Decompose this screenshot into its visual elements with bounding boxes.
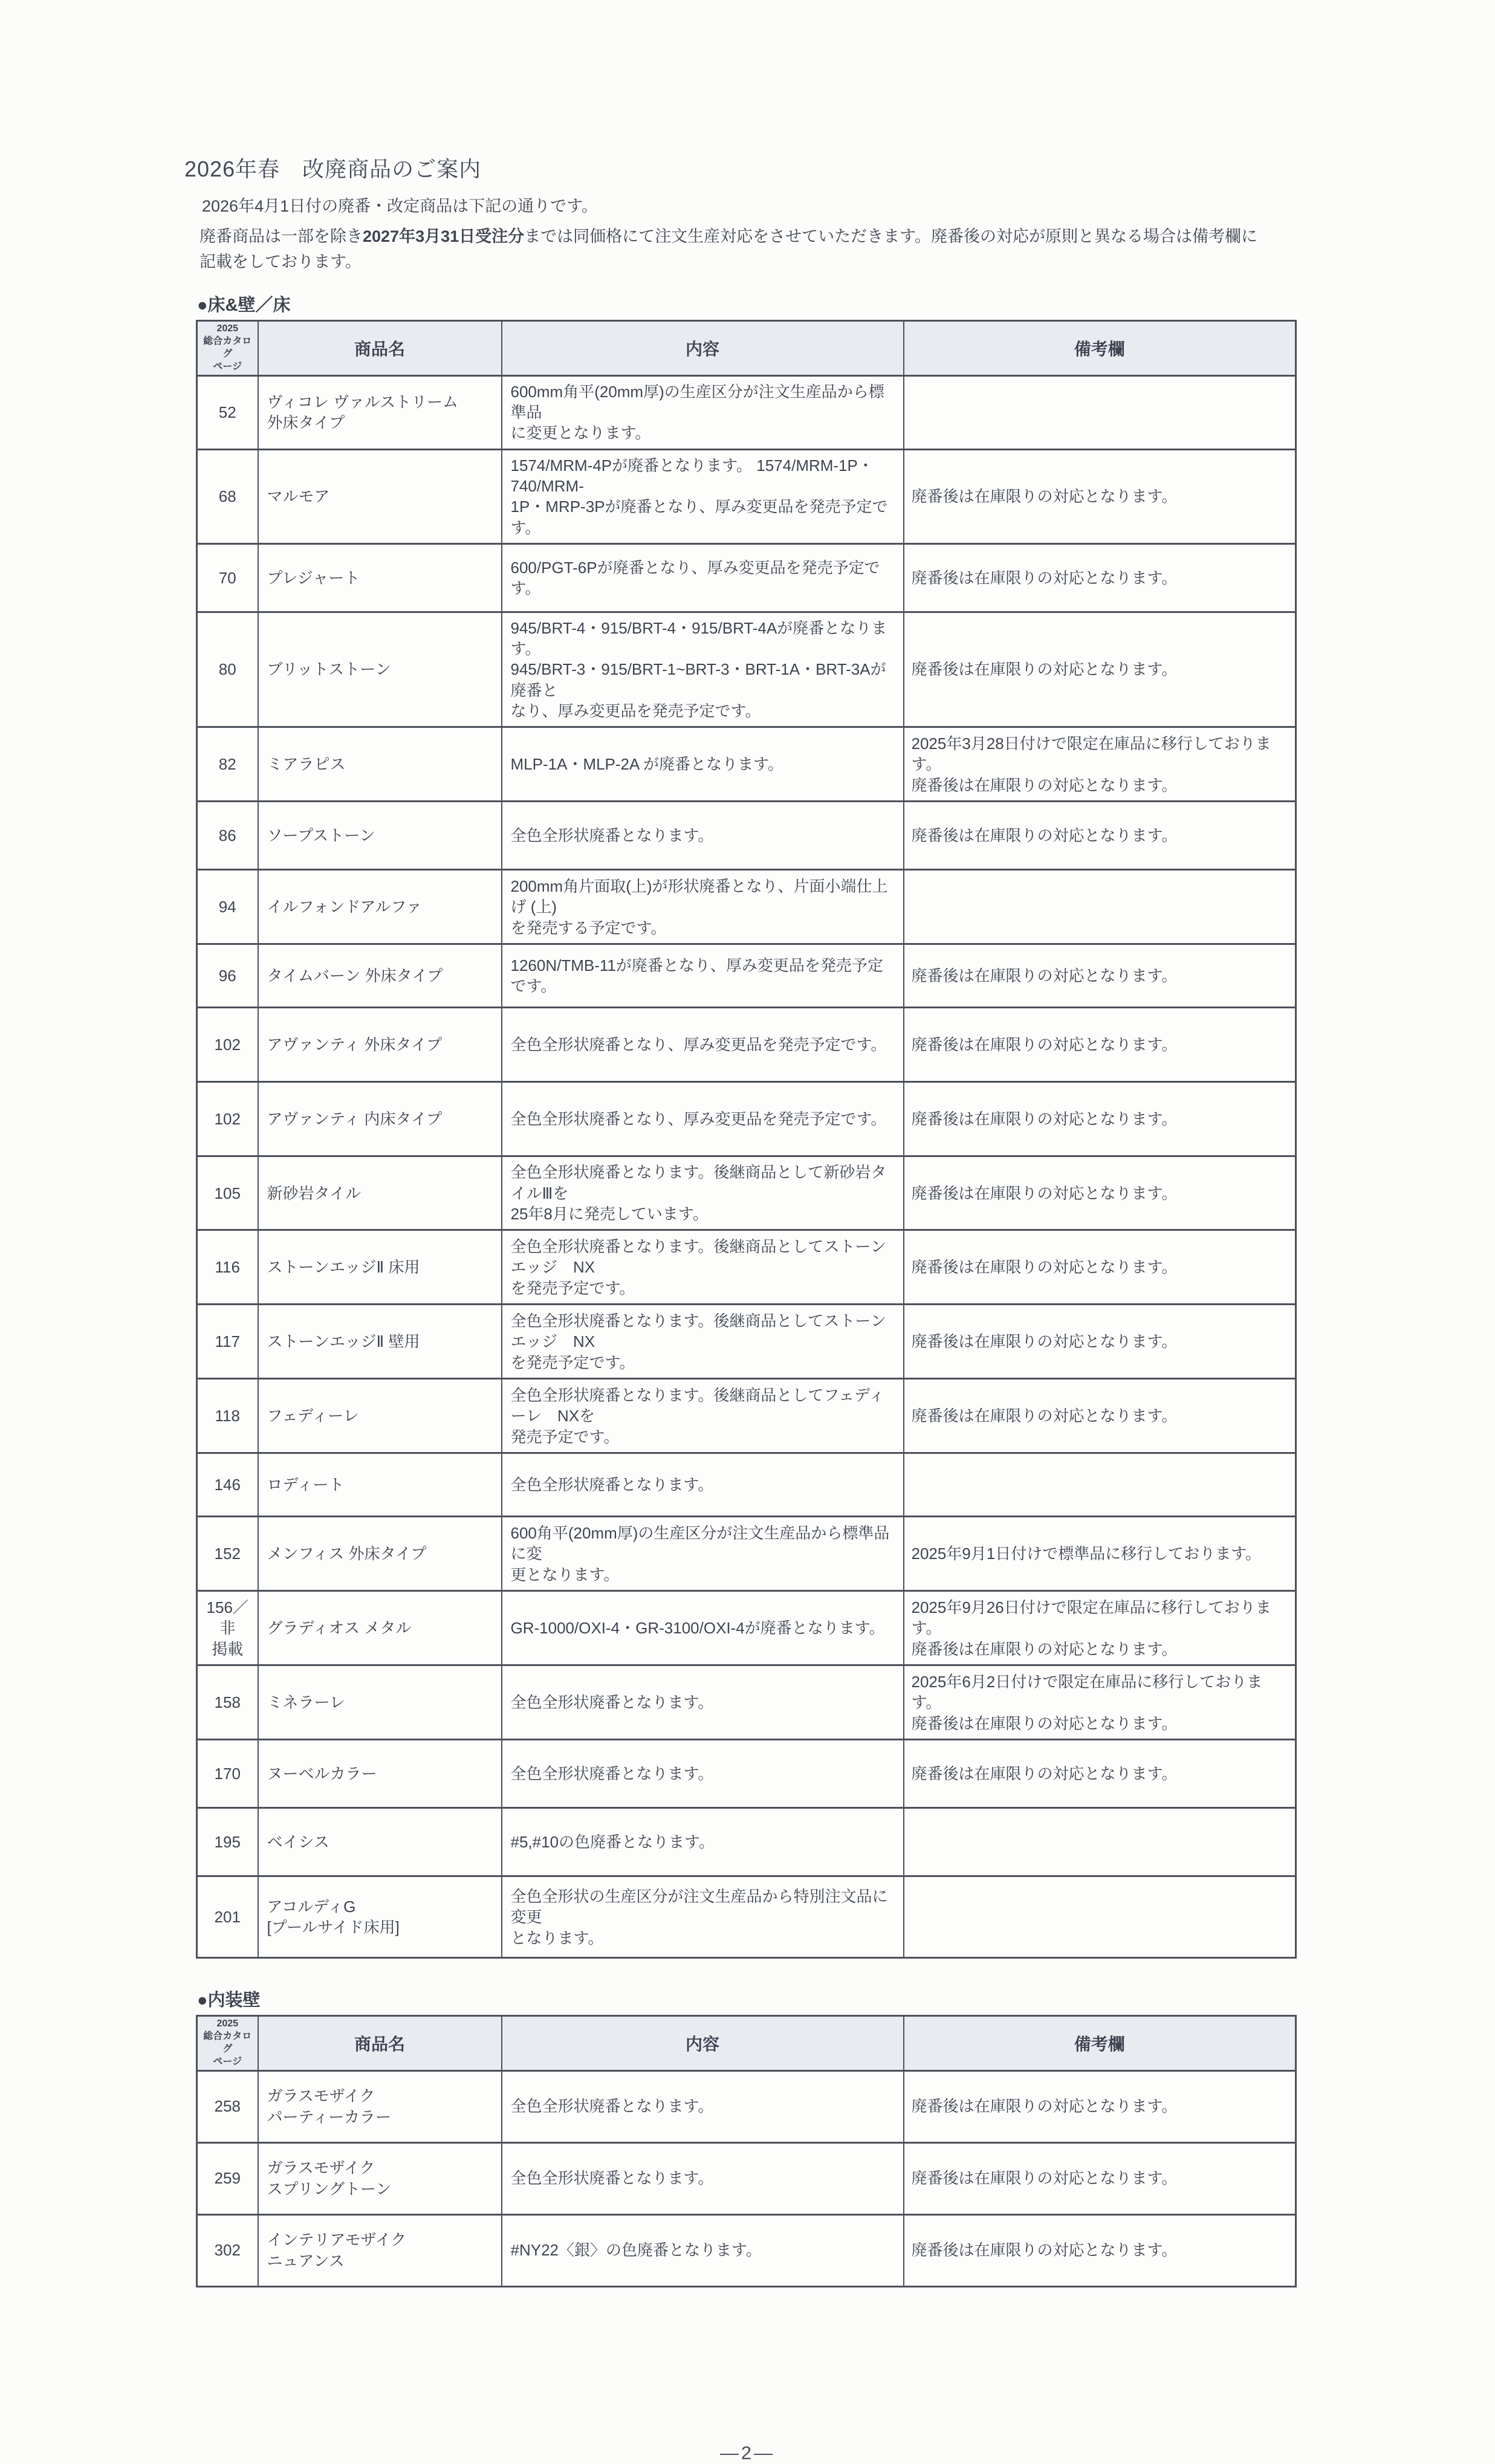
table-row: 170 ヌーベルカラー 全色全形状廃番となります。 廃番後は在庫限りの対応となり… [197,1740,1296,1808]
table-row: 68 マルモア 1574/MRM-4Pが廃番となります。 1574/MRM-1P… [197,449,1296,543]
table-row: 52 ヴィコレ ヴァルストリーム 外床タイプ 600mm角平(20mm厚)の生産… [197,375,1296,449]
product-name-cell: ロディート [258,1453,502,1517]
content-cell: 全色全形状廃番となります。後継商品としてストーンエッジ NX を発売予定です。 [502,1305,904,1379]
content-cell: 全色全形状廃番となります。 [502,2142,904,2214]
content-cell: 全色全形状廃番となり、厚み変更品を発売予定です。 [502,1082,904,1156]
catalog-page-cell: 116 [197,1230,258,1305]
intro-text-continued: までは同価格にて注文生産対応をさせていただきます。廃番後の対応が原則と異なる場合… [524,227,1257,245]
intro-paragraph-1: 2026年4月1日付の廃番・改定商品は下記の通りです。 [202,195,1495,218]
product-name-cell: アコルディG [プールサイド床用] [258,1876,502,1958]
document-page: 2026年春 改廃商品のご案内 2026年4月1日付の廃番・改定商品は下記の通り… [0,0,1495,2464]
remarks-cell: 廃番後は在庫限りの対応となります。 [904,802,1296,870]
content-cell: 600mm角平(20mm厚)の生産区分が注文生産品から標準品 に変更となります。 [502,375,904,449]
content-cell: #NY22〈銀〉の色廃番となります。 [502,2214,904,2286]
col-header-catalog-page: 2025 総合カタログ ページ [197,2016,258,2070]
content-cell: #5,#10の色廃番となります。 [502,1808,904,1876]
product-name-cell: ブリットストーン [258,612,502,727]
catalog-page-cell: 152 [197,1517,258,1591]
col-header-remarks: 備考欄 [904,321,1296,375]
table-row: 70 プレジャート 600/PGT-6Pが廃番となり、厚み変更品を発売予定です。… [197,543,1296,612]
catalog-page-cell: 102 [197,1008,258,1082]
catalog-page-cell: 70 [197,543,258,612]
catalog-page-cell: 195 [197,1808,258,1876]
catalog-page-cell: 68 [197,449,258,543]
product-name-cell: アヴァンティ 外床タイプ [258,1008,502,1082]
content-cell: 600角平(20mm厚)の生産区分が注文生産品から標準品に変 更となります。 [502,1517,904,1591]
table-row: 201 アコルディG [プールサイド床用] 全色全形状の生産区分が注文生産品から… [197,1876,1296,1958]
page-title: 2026年春 改廃商品のご案内 [184,152,1495,183]
interior-wall-table: 2025 総合カタログ ページ 商品名 内容 備考欄 258 ガラスモザイク パ… [196,2015,1297,2287]
product-name-cell: 新砂岩タイル [258,1156,502,1230]
table-row: 86 ソープストーン 全色全形状廃番となります。 廃番後は在庫限りの対応となりま… [197,802,1296,870]
col-header-content: 内容 [502,2016,904,2070]
remarks-cell [904,375,1296,449]
floor-wall-table: 2025 総合カタログ ページ 商品名 内容 備考欄 52 ヴィコレ ヴァルスト… [196,320,1297,1959]
product-name-cell: タイムバーン 外床タイプ [258,944,502,1008]
content-cell: 全色全形状廃番となります。 [502,2070,904,2142]
catalog-page-cell: 52 [197,375,258,449]
intro-text-line2: 記載をしております。 [199,253,362,271]
table-row: 156／非 掲載 グラディオス メタル GR-1000/OXI-4・GR-310… [197,1591,1296,1665]
remarks-cell: 廃番後は在庫限りの対応となります。 [904,1230,1296,1305]
content-cell: 945/BRT-4・915/BRT-4・915/BRT-4Aが廃番となります。 … [502,612,904,727]
remarks-cell: 廃番後は在庫限りの対応となります。 [904,449,1296,543]
intro-paragraph-2: 廃番商品は一部を除き2027年3月31日受注分までは同価格にて注文生産対応をさせ… [199,224,1315,275]
col-header-remarks: 備考欄 [904,2016,1296,2070]
catalog-page-cell: 201 [197,1876,258,1958]
remarks-cell: 廃番後は在庫限りの対応となります。 [904,1379,1296,1453]
product-name-cell: ヴィコレ ヴァルストリーム 外床タイプ [258,375,502,449]
table-row: 80 ブリットストーン 945/BRT-4・915/BRT-4・915/BRT-… [197,612,1296,727]
remarks-cell [904,1453,1296,1517]
remarks-cell: 2025年9月26日付けで限定在庫品に移行しております。 廃番後は在庫限りの対応… [904,1591,1296,1665]
table-row: 117 ストーンエッジⅡ 壁用 全色全形状廃番となります。後継商品としてストーン… [197,1305,1296,1379]
product-name-cell: ストーンエッジⅡ 床用 [258,1230,502,1305]
product-name-cell: インテリアモザイク ニュアンス [258,2214,502,2286]
remarks-cell: 廃番後は在庫限りの対応となります。 [904,2070,1296,2142]
catalog-page-cell: 82 [197,727,258,802]
catalog-page-cell: 96 [197,944,258,1008]
product-name-cell: メンフィス 外床タイプ [258,1517,502,1591]
remarks-cell: 2025年9月1日付けで標準品に移行しております。 [904,1517,1296,1591]
remarks-cell: 廃番後は在庫限りの対応となります。 [904,2214,1296,2286]
remarks-cell: 廃番後は在庫限りの対応となります。 [904,612,1296,727]
remarks-cell: 廃番後は在庫限りの対応となります。 [904,543,1296,612]
remarks-cell: 廃番後は在庫限りの対応となります。 [904,1305,1296,1379]
remarks-cell: 廃番後は在庫限りの対応となります。 [904,1082,1296,1156]
catalog-page-cell: 258 [197,2070,258,2142]
product-name-cell: イルフォンドアルファ [258,870,502,944]
table-row: 105 新砂岩タイル 全色全形状廃番となります。後継商品として新砂岩タイルⅢを … [197,1156,1296,1230]
content-cell: 全色全形状廃番となります。 [502,1740,904,1808]
table-row: 96 タイムバーン 外床タイプ 1260N/TMB-11が廃番となり、厚み変更品… [197,944,1296,1008]
catalog-page-cell: 94 [197,870,258,944]
catalog-page-cell: 86 [197,802,258,870]
content-cell: 全色全形状廃番となります。後継商品としてストーンエッジ NX を発売予定です。 [502,1230,904,1305]
product-name-cell: ミアラピス [258,727,502,802]
remarks-cell: 廃番後は在庫限りの対応となります。 [904,2142,1296,2214]
table-row: 102 アヴァンティ 外床タイプ 全色全形状廃番となり、厚み変更品を発売予定です… [197,1008,1296,1082]
table-row: 158 ミネラーレ 全色全形状廃番となります。 2025年6月2日付けで限定在庫… [197,1665,1296,1740]
table-header-row: 2025 総合カタログ ページ 商品名 内容 備考欄 [197,2016,1296,2070]
content-cell: 600/PGT-6Pが廃番となり、厚み変更品を発売予定です。 [502,543,904,612]
product-name-cell: アヴァンティ 内床タイプ [258,1082,502,1156]
table-row: 102 アヴァンティ 内床タイプ 全色全形状廃番となり、厚み変更品を発売予定です… [197,1082,1296,1156]
content-cell: GR-1000/OXI-4・GR-3100/OXI-4が廃番となります。 [502,1591,904,1665]
remarks-cell [904,870,1296,944]
table-row: 146 ロディート 全色全形状廃番となります。 [197,1453,1296,1517]
product-name-cell: ソープストーン [258,802,502,870]
table-row: 82 ミアラピス MLP-1A・MLP-2A が廃番となります。 2025年3月… [197,727,1296,802]
catalog-page-cell: 302 [197,2214,258,2286]
intro-bold-deadline: 2027年3月31日受注分 [363,227,524,245]
col-header-catalog-page: 2025 総合カタログ ページ [197,321,258,375]
product-name-cell: ヌーベルカラー [258,1740,502,1808]
remarks-cell: 廃番後は在庫限りの対応となります。 [904,1008,1296,1082]
col-header-content: 内容 [502,321,904,375]
content-cell: 全色全形状廃番となります。 [502,1453,904,1517]
remarks-cell: 廃番後は在庫限りの対応となります。 [904,1156,1296,1230]
content-cell: MLP-1A・MLP-2A が廃番となります。 [502,727,904,802]
product-name-cell: プレジャート [258,543,502,612]
remarks-cell: 廃番後は在庫限りの対応となります。 [904,944,1296,1008]
table-row: 116 ストーンエッジⅡ 床用 全色全形状廃番となります。後継商品としてストーン… [197,1230,1296,1305]
product-name-cell: ストーンエッジⅡ 壁用 [258,1305,502,1379]
content-cell: 全色全形状廃番となります。 [502,802,904,870]
content-cell: 全色全形状廃番となり、厚み変更品を発売予定です。 [502,1008,904,1082]
table-header-row: 2025 総合カタログ ページ 商品名 内容 備考欄 [197,321,1296,375]
content-cell: 全色全形状廃番となります。後継商品として新砂岩タイルⅢを 25年8月に発売してい… [502,1156,904,1230]
product-name-cell: ミネラーレ [258,1665,502,1740]
product-name-cell: ガラスモザイク スプリングトーン [258,2142,502,2214]
catalog-page-cell: 80 [197,612,258,727]
table-row: 302 インテリアモザイク ニュアンス #NY22〈銀〉の色廃番となります。 廃… [197,2214,1296,2286]
col-header-product-name: 商品名 [258,2016,502,2070]
content-cell: 1260N/TMB-11が廃番となり、厚み変更品を発売予定です。 [502,944,904,1008]
section-heading-floor-wall: ●床&壁／床 [197,291,1495,316]
product-name-cell: マルモア [258,449,502,543]
content-cell: 1574/MRM-4Pが廃番となります。 1574/MRM-1P・740/MRM… [502,449,904,543]
content-cell: 全色全形状廃番となります。 [502,1665,904,1740]
catalog-page-cell: 158 [197,1665,258,1740]
remarks-cell: 廃番後は在庫限りの対応となります。 [904,1740,1296,1808]
product-name-cell: ベイシス [258,1808,502,1876]
remarks-cell [904,1808,1296,1876]
page-number-footer: ―2― [0,2442,1495,2464]
catalog-page-cell: 156／非 掲載 [197,1591,258,1665]
col-header-product-name: 商品名 [258,321,502,375]
remarks-cell [904,1876,1296,1958]
catalog-page-cell: 259 [197,2142,258,2214]
product-name-cell: グラディオス メタル [258,1591,502,1665]
table-row: 258 ガラスモザイク パーティーカラー 全色全形状廃番となります。 廃番後は在… [197,2070,1296,2142]
content-cell: 200mm角片面取(上)が形状廃番となり、片面小端仕上げ (上) を発売する予定… [502,870,904,944]
remarks-cell: 2025年6月2日付けで限定在庫品に移行しております。 廃番後は在庫限りの対応と… [904,1665,1296,1740]
intro-text: 廃番商品は一部を除き [199,227,363,245]
remarks-cell: 2025年3月28日付けで限定在庫品に移行しております。 廃番後は在庫限りの対応… [904,727,1296,802]
catalog-page-cell: 105 [197,1156,258,1230]
catalog-page-cell: 146 [197,1453,258,1517]
table-row: 195 ベイシス #5,#10の色廃番となります。 [197,1808,1296,1876]
table-row: 94 イルフォンドアルファ 200mm角片面取(上)が形状廃番となり、片面小端仕… [197,870,1296,944]
table-row: 118 フェディーレ 全色全形状廃番となります。後継商品としてフェディーレ NX… [197,1379,1296,1453]
catalog-page-cell: 117 [197,1305,258,1379]
catalog-page-cell: 102 [197,1082,258,1156]
table-row: 152 メンフィス 外床タイプ 600角平(20mm厚)の生産区分が注文生産品か… [197,1517,1296,1591]
product-name-cell: フェディーレ [258,1379,502,1453]
content-cell: 全色全形状の生産区分が注文生産品から特別注文品に変更 となります。 [502,1876,904,1958]
catalog-page-cell: 118 [197,1379,258,1453]
catalog-page-cell: 170 [197,1740,258,1808]
table-row: 259 ガラスモザイク スプリングトーン 全色全形状廃番となります。 廃番後は在… [197,2142,1296,2214]
section-heading-interior-wall: ●内装壁 [197,1986,1495,2011]
product-name-cell: ガラスモザイク パーティーカラー [258,2070,502,2142]
content-cell: 全色全形状廃番となります。後継商品としてフェディーレ NXを 発売予定です。 [502,1379,904,1453]
